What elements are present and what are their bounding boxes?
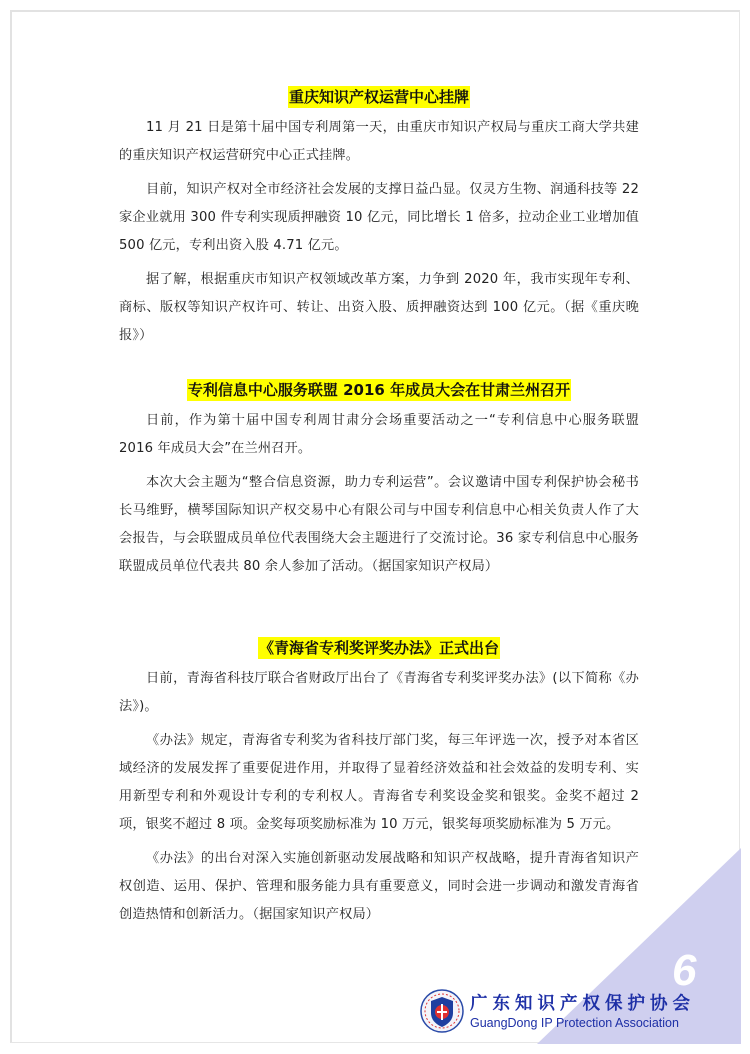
- org-name-cn: 广东知识产权保护协会: [470, 990, 695, 1015]
- article-paragraph: 日前，作为第十届中国专利周甘肃分会场重要活动之一“专利信息中心服务联盟 2016…: [119, 407, 639, 463]
- page-number: 6: [672, 946, 696, 996]
- article-paragraph: 日前，青海省科技厅联合省财政厅出台了《青海省专利奖评奖办法》(以下简称《办法》)…: [119, 665, 639, 721]
- article-chongqing: 重庆知识产权运营中心挂牌 11 月 21 日是第十届中国专利周第一天，由重庆市知…: [119, 86, 639, 356]
- article-qinghai: 《青海省专利奖评奖办法》正式出台 日前，青海省科技厅联合省财政厅出台了《青海省专…: [119, 637, 639, 935]
- article-paragraph: 本次大会主题为“整合信息资源，助力专利运营”。会议邀请中国专利保护协会秘书长马维…: [119, 469, 639, 581]
- association-emblem-icon: [420, 989, 464, 1033]
- article-paragraph: 目前，知识产权对全市经济社会发展的支撑日益凸显。仅灵方生物、润通科技等 22 家…: [119, 176, 639, 260]
- article-paragraph: 《办法》的出台对深入实施创新驱动发展战略和知识产权战略，提升青海省知识产权创造、…: [119, 845, 639, 929]
- article-patent-alliance: 专利信息中心服务联盟 2016 年成员大会在甘肃兰州召开 日前，作为第十届中国专…: [119, 379, 639, 587]
- article-title: 专利信息中心服务联盟 2016 年成员大会在甘肃兰州召开: [187, 379, 571, 401]
- article-title: 重庆知识产权运营中心挂牌: [288, 86, 470, 108]
- article-title: 《青海省专利奖评奖办法》正式出台: [258, 637, 500, 659]
- article-paragraph: 据了解，根据重庆市知识产权领域改革方案，力争到 2020 年，我市实现年专利、商…: [119, 266, 639, 350]
- article-paragraph: 11 月 21 日是第十届中国专利周第一天，由重庆市知识产权局与重庆工商大学共建…: [119, 114, 639, 170]
- org-name-en: GuangDong IP Protection Association: [470, 1016, 679, 1030]
- article-paragraph: 《办法》规定，青海省专利奖为省科技厅部门奖，每三年评选一次，授予对本省区域经济的…: [119, 727, 639, 839]
